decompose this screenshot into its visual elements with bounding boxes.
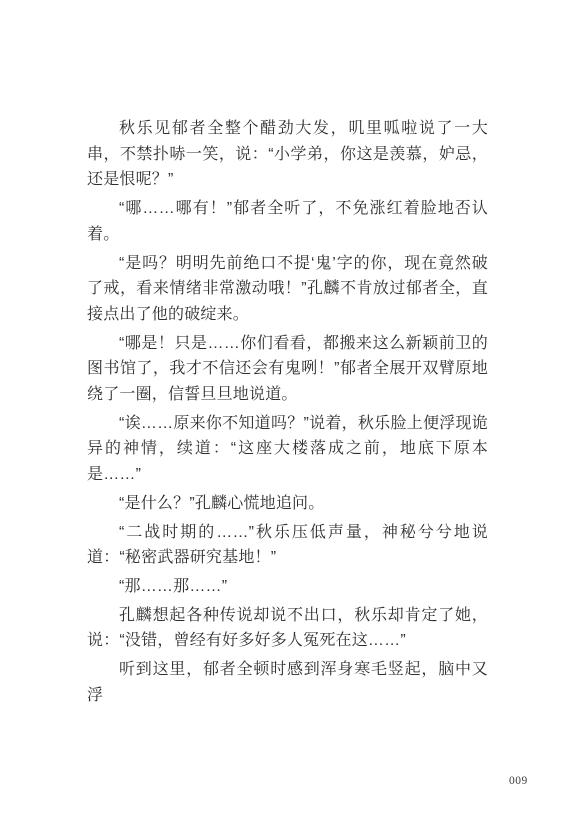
paragraph: 听到这里，郁者全顿时感到浑身寒毛竖起，脑中又浮 — [87, 657, 488, 708]
paragraph: “哪是！只是……你们看看，都搬来这么新颖前卫的图书馆了，我才不信还会有鬼咧！”郁… — [87, 331, 488, 408]
paragraph: 秋乐见郁者全整个醋劲大发，叽里呱啦说了一大串，不禁扑哧一笑，说：“小学弟，你这是… — [87, 116, 488, 193]
paragraph: 孔麟想起各种传说却说不出口，秋乐却肯定了她，说：“没错，曾经有好多好多人冤死在这… — [87, 603, 488, 654]
paragraph: “二战时期的……”秋乐压低声量，神秘兮兮地说道：“秘密武器研究基地！” — [87, 520, 488, 571]
book-page: 秋乐见郁者全整个醋劲大发，叽里呱啦说了一大串，不禁扑哧一笑，说：“小学弟，你这是… — [0, 0, 568, 825]
page-number: 009 — [509, 775, 528, 787]
page-text: 秋乐见郁者全整个醋劲大发，叽里呱啦说了一大串，不禁扑哧一笑，说：“小学弟，你这是… — [87, 116, 488, 711]
paragraph: “是吗？明明先前绝口不提‘鬼’字的你，现在竟然破了戒，看来情绪非常激动哦！”孔麟… — [87, 251, 488, 328]
paragraph: “哪……哪有！”郁者全听了，不免涨红着脸地否认着。 — [87, 196, 488, 247]
paragraph: “诶……原来你不知道吗？”说着，秋乐脸上便浮现诡异的神情，续道：“这座大楼落成之… — [87, 411, 488, 488]
paragraph: “是什么？”孔麟心慌地追问。 — [87, 491, 488, 517]
paragraph: “那……那……” — [87, 574, 488, 600]
